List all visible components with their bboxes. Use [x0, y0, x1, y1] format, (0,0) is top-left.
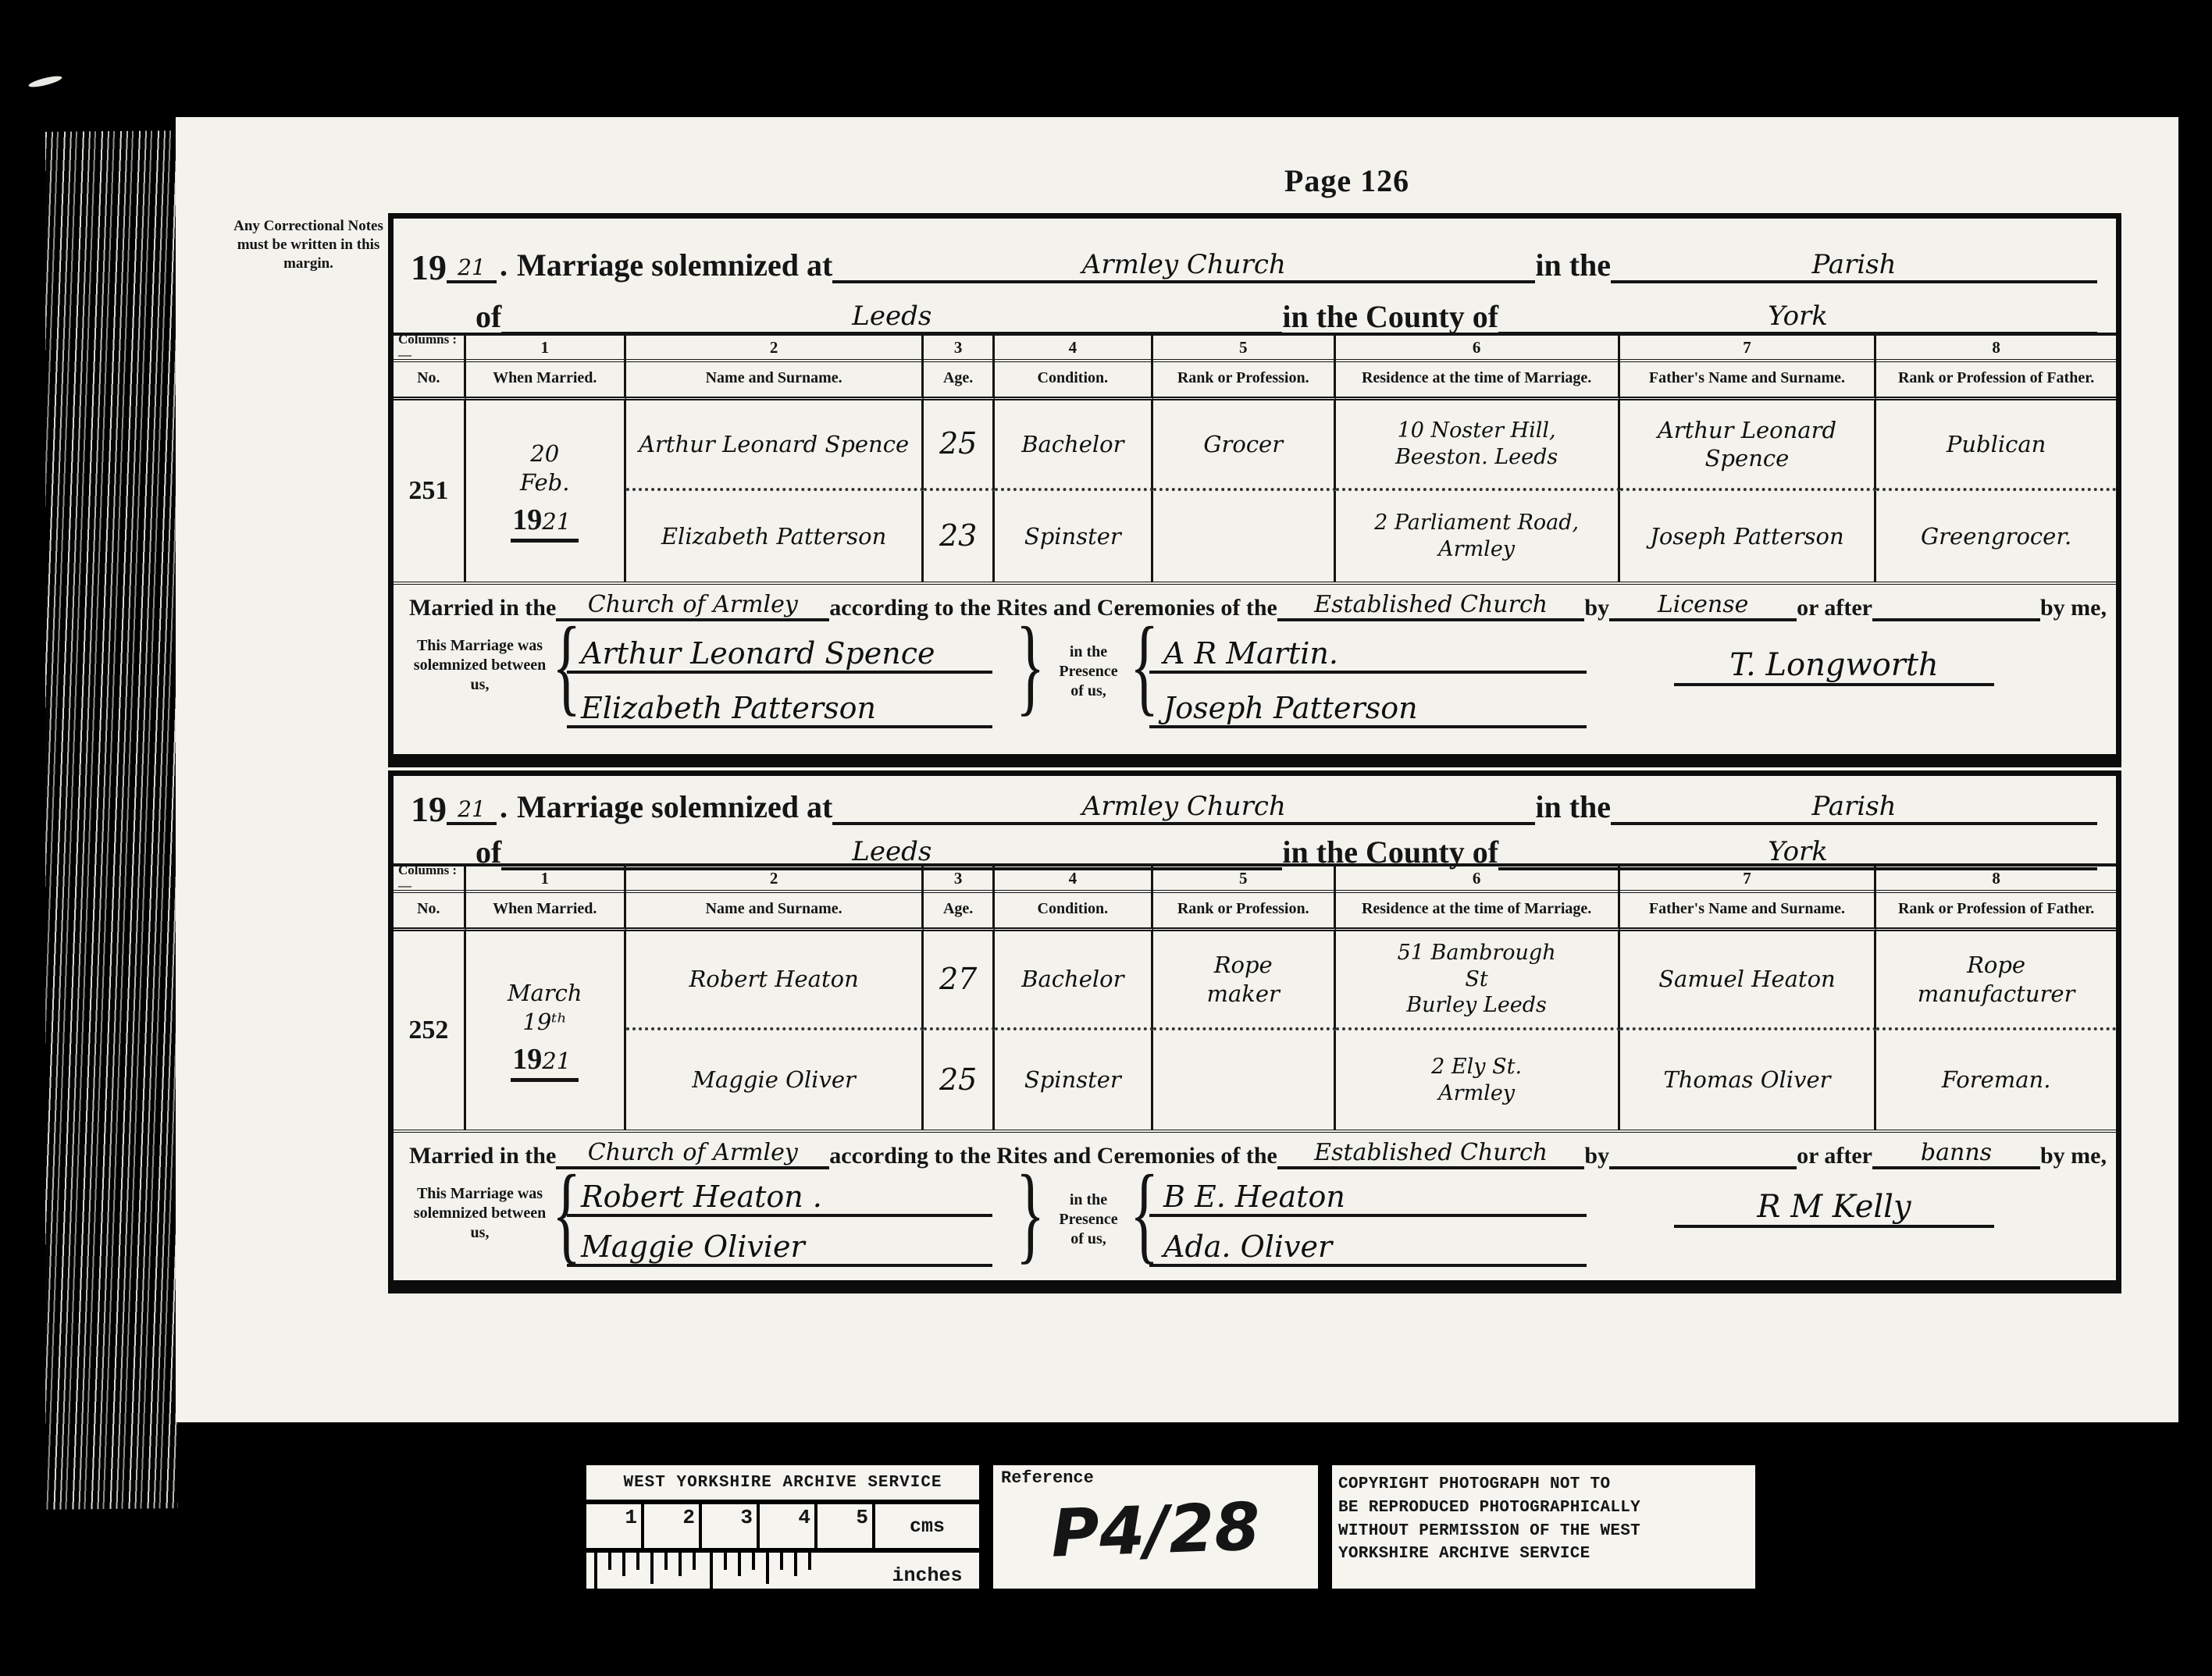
column-number: 6 [1336, 866, 1620, 893]
groom-age: 25 [924, 400, 994, 491]
groom-condition: Bachelor [995, 400, 1153, 491]
solemnized-at-label: Marriage solemnized at [517, 788, 832, 825]
column-header-age: Age. [924, 890, 994, 931]
cm-mark: 5 [817, 1504, 875, 1548]
brace-close: } [1016, 1159, 1045, 1269]
rites-label: according to the Rites and Ceremonies of… [829, 595, 1277, 621]
period: . [500, 788, 508, 825]
year-handwritten: 21 [447, 254, 497, 283]
column-number: 1 [466, 866, 626, 893]
column-headers-row: No. When Married. Name and Surname. Age.… [394, 890, 2116, 931]
parish-entry: Parish [1811, 791, 1896, 822]
in-the-label: in the [1535, 788, 1611, 825]
marriage-record-252: 19 21 . Marriage solemnized at Armley Ch… [388, 770, 2121, 1293]
year-printed: 19 [411, 793, 447, 825]
inches-label: inches [875, 1553, 979, 1598]
parish-blank: Parish [1611, 791, 2097, 825]
record-252-header-line1: 19 21 . Marriage solemnized at Armley Ch… [411, 788, 2097, 825]
by-entry: License [1658, 591, 1749, 618]
bride-residence: 2 Parliament Road, Armley [1336, 491, 1620, 582]
column-numbers-row: Columns :— 1 2 3 4 5 6 7 8 [394, 333, 2116, 362]
presence-label: in the Presence of us, [1051, 1190, 1126, 1249]
when-married-entry: 20 Feb. 1921 [466, 400, 626, 582]
marriage-record-251: 19 21 . Marriage solemnized at Armley Ch… [388, 213, 2121, 767]
bride-father: Joseph Patterson [1620, 491, 1877, 582]
bride-father-rank: Greengrocer. [1876, 491, 2116, 582]
groom-residence: 51 Bambrough St Burley Leeds [1336, 931, 1620, 1030]
record-251-attestation: Married in the Church of Armley accordin… [394, 582, 2116, 738]
book-page-edges [45, 130, 178, 1510]
year-handwritten: 21 [447, 796, 497, 825]
couple-signatures: Robert Heaton . Maggie Olivier [567, 1167, 992, 1267]
column-header-father-rank: Rank or Profession of Father. [1876, 890, 2116, 931]
column-number: 8 [1876, 336, 2116, 362]
column-number: 2 [626, 866, 924, 893]
groom-name: Arthur Leonard Spence [626, 400, 924, 491]
cm-ruler: 1 2 3 4 5 cms [586, 1504, 979, 1553]
cm-mark: 4 [760, 1504, 817, 1548]
groom-name: Robert Heaton [626, 931, 924, 1030]
rites-label: according to the Rites and Ceremonies of… [829, 1143, 1277, 1169]
inch-ruler: inches [586, 1553, 979, 1598]
record-251-header-line2: of Leeds in the County of York [476, 298, 2097, 335]
period: . [500, 247, 508, 283]
copyright-line: COPYRIGHT PHOTOGRAPH NOT TO [1338, 1473, 1749, 1496]
bride-father-rank: Foreman. [1876, 1030, 2116, 1130]
witness-signature: Ada. Oliver [1163, 1229, 1332, 1264]
page-number: Page 126 [1222, 162, 1472, 199]
year-printed: 19 [411, 251, 447, 283]
or-after-entry: banns [1921, 1139, 1992, 1166]
by-label: by [1584, 1143, 1609, 1169]
copyright-line: BE REPRODUCED PHOTOGRAPHICALLY [1338, 1496, 1749, 1520]
cm-mark: 2 [644, 1504, 702, 1548]
record-252-entries: 252 March 19ᵗʰ 1921 Robert Heaton 27 Bac… [394, 931, 2116, 1133]
rites-entry: Established Church [1314, 591, 1548, 618]
bride-residence: 2 Ely St. Armley [1336, 1030, 1620, 1130]
copyright-line: WITHOUT PERMISSION OF THE WEST [1338, 1520, 1749, 1543]
column-header-condition: Condition. [995, 890, 1153, 931]
brace-close: } [1016, 611, 1045, 721]
presence-label: in the Presence of us, [1051, 642, 1126, 701]
groom-signature: Arthur Leonard Spence [581, 636, 935, 671]
groom-father-rank: Rope manufacturer [1876, 931, 2116, 1030]
groom-father: Arthur Leonard Spence [1620, 400, 1877, 491]
register-photograph: Page 126 Any Correctional Notes must be … [0, 0, 2212, 1676]
church-blank: Armley Church [832, 791, 1535, 825]
archive-service-name: WEST YORKSHIRE ARCHIVE SERVICE [586, 1465, 979, 1504]
groom-profession: Rope maker [1153, 931, 1336, 1030]
groom-age: 27 [924, 931, 994, 1030]
bride-signature: Elizabeth Patterson [581, 691, 876, 725]
church-entry: Armley Church [1082, 249, 1286, 280]
witness-signature: B E. Heaton [1163, 1180, 1345, 1214]
column-number: 7 [1620, 866, 1877, 893]
married-in-entry: Church of Armley [588, 1139, 798, 1166]
solemnized-label: This Marriage was solemnized between us, [408, 1184, 552, 1243]
column-header-residence: Residence at the time of Marriage. [1336, 890, 1620, 931]
groom-condition: Bachelor [995, 931, 1153, 1030]
by-me-label: by me, [2040, 1143, 2107, 1169]
bride-condition: Spinster [995, 491, 1153, 582]
bride-signature: Maggie Olivier [581, 1229, 805, 1264]
entry-number: 251 [394, 400, 466, 582]
witness-signature: A R Martin. [1163, 636, 1338, 671]
entry-number: 252 [394, 931, 466, 1130]
place-entry: Leeds [852, 301, 931, 332]
archive-label-strip: WEST YORKSHIRE ARCHIVE SERVICE 1 2 3 4 5… [0, 1458, 2212, 1596]
solemnized-label: This Marriage was solemnized between us, [408, 636, 552, 695]
column-header-father: Father's Name and Surname. [1620, 359, 1877, 400]
inch-ticks [586, 1553, 875, 1598]
groom-signature: Robert Heaton . [581, 1180, 822, 1214]
by-me-label: by me, [2040, 595, 2107, 621]
columns-prefix: Columns :— [394, 866, 466, 893]
record-252-attestation: Married in the Church of Armley accordin… [394, 1130, 2116, 1275]
column-number: 4 [995, 336, 1153, 362]
county-of-label: in the County of [1282, 298, 1498, 335]
cm-mark: 3 [702, 1504, 760, 1548]
column-header-profession: Rank or Profession. [1153, 359, 1336, 400]
witness-signatures: B E. Heaton Ada. Oliver [1149, 1167, 1587, 1267]
place-entry: Leeds [852, 836, 931, 867]
witness-signatures: A R Martin. Joseph Patterson [1149, 619, 1587, 728]
officiant-signature: R M Kelly [1674, 1189, 1994, 1228]
county-entry: York [1768, 301, 1828, 332]
solemnized-at-label: Marriage solemnized at [517, 247, 832, 283]
church-blank: Armley Church [832, 249, 1535, 283]
column-header-no: No. [394, 890, 466, 931]
column-header-no: No. [394, 359, 466, 400]
bride-profession [1153, 491, 1336, 582]
when-married-entry: March 19ᵗʰ 1921 [466, 931, 626, 1130]
married-in-label: Married in the [409, 595, 556, 621]
parish-blank: Parish [1611, 249, 2097, 283]
column-header-father: Father's Name and Surname. [1620, 890, 1877, 931]
groom-father-rank: Publican [1876, 400, 2116, 491]
columns-prefix: Columns :— [394, 336, 466, 362]
scale-ruler-box: WEST YORKSHIRE ARCHIVE SERVICE 1 2 3 4 5… [579, 1458, 986, 1596]
bride-age: 23 [924, 491, 994, 582]
column-number: 1 [466, 336, 626, 362]
column-number: 2 [626, 336, 924, 362]
column-number: 8 [1876, 866, 2116, 893]
column-header-name: Name and Surname. [626, 890, 924, 931]
record-251-entries: 251 20 Feb. 1921 Arthur Leonard Spence 2… [394, 400, 2116, 585]
column-header-profession: Rank or Profession. [1153, 890, 1336, 931]
bride-age: 25 [924, 1030, 994, 1130]
film-speck [28, 74, 63, 89]
column-number: 6 [1336, 336, 1620, 362]
column-number: 3 [924, 866, 994, 893]
bride-name: Maggie Oliver [626, 1030, 924, 1130]
groom-father: Samuel Heaton [1620, 931, 1877, 1030]
place-blank: Leeds [501, 301, 1282, 335]
column-header-name: Name and Surname. [626, 359, 924, 400]
or-after-label: or after [1797, 1143, 1872, 1169]
parish-entry: Parish [1811, 249, 1896, 280]
county-blank: York [1498, 301, 2097, 335]
cm-mark: 1 [586, 1504, 644, 1548]
of-label: of [476, 298, 501, 335]
copyright-box: COPYRIGHT PHOTOGRAPH NOT TO BE REPRODUCE… [1325, 1458, 1762, 1596]
reference-label: Reference [1001, 1468, 1094, 1488]
bride-father: Thomas Oliver [1620, 1030, 1877, 1130]
groom-profession: Grocer [1153, 400, 1336, 491]
copyright-line: YORKSHIRE ARCHIVE SERVICE [1338, 1543, 1749, 1566]
column-header-father-rank: Rank or Profession of Father. [1876, 359, 2116, 400]
couple-signatures: Arthur Leonard Spence Elizabeth Patterso… [567, 619, 992, 728]
officiant-signature: T. Longworth [1674, 647, 1994, 686]
county-entry: York [1768, 836, 1828, 867]
column-header-when-married: When Married. [466, 359, 626, 400]
record-251-header-line1: 19 21 . Marriage solemnized at Armley Ch… [411, 247, 2097, 283]
married-in-entry: Church of Armley [588, 591, 798, 618]
column-number: 5 [1153, 336, 1336, 362]
column-header-residence: Residence at the time of Marriage. [1336, 359, 1620, 400]
column-numbers-row: Columns :— 1 2 3 4 5 6 7 8 [394, 863, 2116, 893]
column-number: 3 [924, 336, 994, 362]
church-entry: Armley Church [1082, 791, 1286, 822]
column-number: 7 [1620, 336, 1877, 362]
or-after-label: or after [1797, 595, 1872, 621]
register-page: Page 126 Any Correctional Notes must be … [176, 117, 2178, 1422]
rites-entry: Established Church [1314, 1139, 1548, 1166]
cms-label: cms [875, 1504, 979, 1548]
column-number: 4 [995, 866, 1153, 893]
column-header-condition: Condition. [995, 359, 1153, 400]
reference-box: Reference P4/28 [986, 1458, 1325, 1596]
margin-note: Any Correctional Notes must be written i… [232, 217, 385, 272]
bride-condition: Spinster [995, 1030, 1153, 1130]
column-header-age: Age. [924, 359, 994, 400]
witness-signature: Joseph Patterson [1163, 691, 1418, 725]
bride-name: Elizabeth Patterson [626, 491, 924, 582]
bride-profession [1153, 1030, 1336, 1130]
column-header-when-married: When Married. [466, 890, 626, 931]
reference-number: P4/28 [992, 1486, 1319, 1574]
by-label: by [1584, 595, 1609, 621]
in-the-label: in the [1535, 247, 1611, 283]
column-headers-row: No. When Married. Name and Surname. Age.… [394, 359, 2116, 400]
column-number: 5 [1153, 866, 1336, 893]
groom-residence: 10 Noster Hill, Beeston. Leeds [1336, 400, 1620, 491]
married-in-label: Married in the [409, 1143, 556, 1169]
